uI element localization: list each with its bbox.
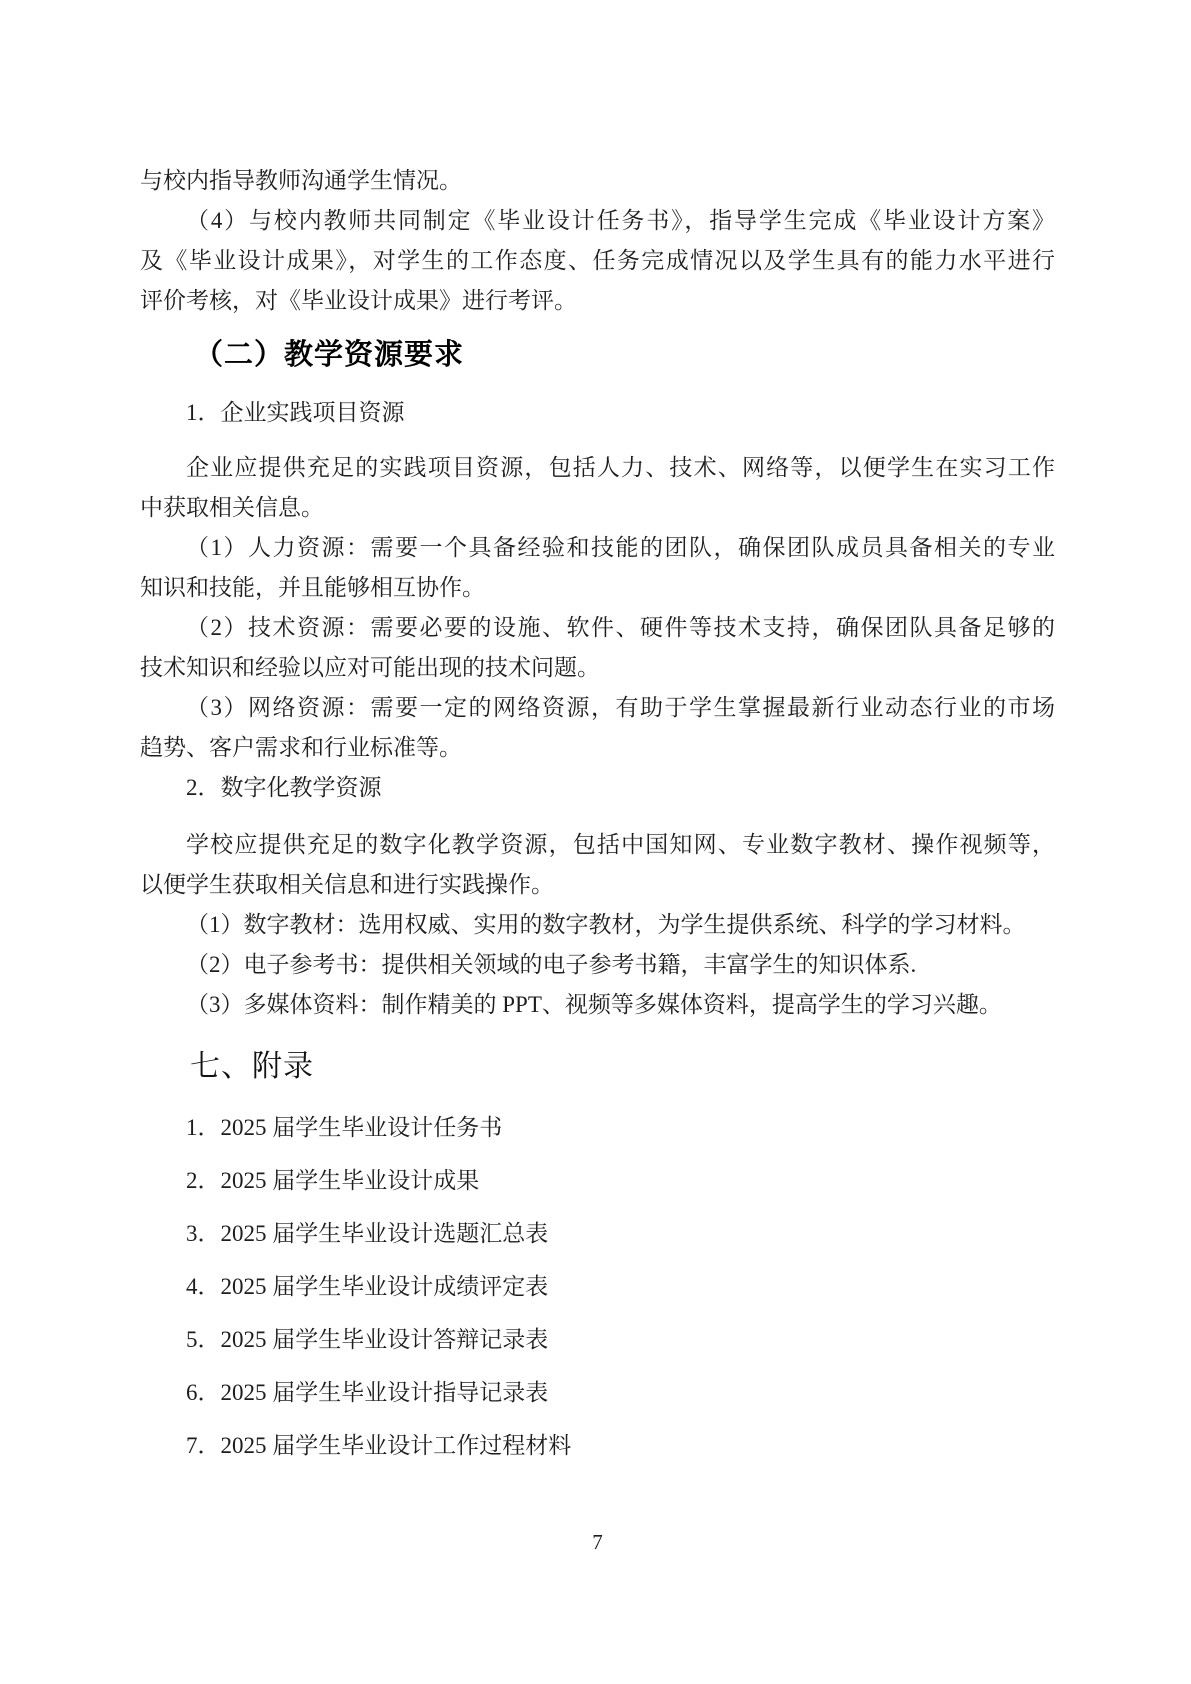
document-page: 与校内指导教师沟通学生情况。 （4）与校内教师共同制定《毕业设计任务书》，指导学… bbox=[0, 0, 1191, 1684]
text-line: 知识和技能，并且能够相互协作。 bbox=[140, 568, 1055, 608]
paragraph-e-references: （2）电子参考书：提供相关领域的电子参考书籍，丰富学生的知识体系. bbox=[140, 945, 1055, 985]
appendix-item: 6．2025 届学生毕业设计指导记录表 bbox=[140, 1373, 1055, 1413]
page-number: 7 bbox=[140, 1522, 1055, 1562]
appendix-item: 5．2025 届学生毕业设计答辩记录表 bbox=[140, 1320, 1055, 1360]
subsection-title-enterprise-resources: 1．企业实践项目资源 bbox=[140, 393, 1055, 433]
paragraph-human-resources: （1）人力资源：需要一个具备经验和技能的团队，确保团队成员具备相关的专业 知识和… bbox=[140, 528, 1055, 608]
appendix-item: 2．2025 届学生毕业设计成果 bbox=[140, 1161, 1055, 1201]
text-line: 及《毕业设计成果》，对学生的工作态度、任务完成情况以及学生具有的能力水平进行 bbox=[140, 241, 1055, 281]
text-line: 趋势、客户需求和行业标准等。 bbox=[140, 728, 1055, 768]
subsection-title-digital-resources: 2．数字化教学资源 bbox=[140, 768, 1055, 808]
section-heading-appendix: 七、附录 bbox=[140, 1045, 1055, 1089]
paragraph-multimedia-materials: （3）多媒体资料：制作精美的 PPT、视频等多媒体资料，提高学生的学习兴趣。 bbox=[140, 985, 1055, 1025]
text-line: 与校内指导教师沟通学生情况。 bbox=[140, 161, 1055, 201]
text-line: （1）人力资源：需要一个具备经验和技能的团队，确保团队成员具备相关的专业 bbox=[140, 528, 1055, 568]
text-line: （2）电子参考书：提供相关领域的电子参考书籍，丰富学生的知识体系. bbox=[140, 945, 1055, 985]
paragraph-enterprise-intro: 企业应提供充足的实践项目资源，包括人力、技术、网络等，以便学生在实习工作 中获取… bbox=[140, 448, 1055, 528]
text-line: （4）与校内教师共同制定《毕业设计任务书》，指导学生完成《毕业设计方案》 bbox=[140, 201, 1055, 241]
text-line: 评价考核，对《毕业设计成果》进行考评。 bbox=[140, 281, 1055, 321]
text-line: 以便学生获取相关信息和进行实践操作。 bbox=[140, 865, 1055, 905]
paragraph-4: （4）与校内教师共同制定《毕业设计任务书》，指导学生完成《毕业设计方案》 及《毕… bbox=[140, 201, 1055, 321]
appendix-item: 7．2025 届学生毕业设计工作过程材料 bbox=[140, 1426, 1055, 1466]
paragraph-technical-resources: （2）技术资源：需要必要的设施、软件、硬件等技术支持，确保团队具备足够的 技术知… bbox=[140, 608, 1055, 688]
paragraph-digital-textbooks: （1）数字教材：选用权威、实用的数字教材，为学生提供系统、科学的学习材料。 bbox=[140, 905, 1055, 945]
text-line: 企业应提供充足的实践项目资源，包括人力、技术、网络等，以便学生在实习工作 bbox=[140, 448, 1055, 488]
appendix-item: 3．2025 届学生毕业设计选题汇总表 bbox=[140, 1214, 1055, 1254]
text-line: （3）多媒体资料：制作精美的 PPT、视频等多媒体资料，提高学生的学习兴趣。 bbox=[140, 985, 1055, 1025]
paragraph-digital-intro: 学校应提供充足的数字化教学资源，包括中国知网、专业数字教材、操作视频等， 以便学… bbox=[140, 825, 1055, 905]
text-line: （3）网络资源：需要一定的网络资源，有助于学生掌握最新行业动态行业的市场 bbox=[140, 688, 1055, 728]
text-line: 技术知识和经验以应对可能出现的技术问题。 bbox=[140, 648, 1055, 688]
section-heading-teaching-resources: （二）教学资源要求 bbox=[140, 335, 1055, 375]
text-line: 中获取相关信息。 bbox=[140, 488, 1055, 528]
paragraph-network-resources: （3）网络资源：需要一定的网络资源，有助于学生掌握最新行业动态行业的市场 趋势、… bbox=[140, 688, 1055, 768]
appendix-item: 1．2025 届学生毕业设计任务书 bbox=[140, 1108, 1055, 1148]
text-line: 学校应提供充足的数字化教学资源，包括中国知网、专业数字教材、操作视频等， bbox=[140, 825, 1055, 865]
appendix-item: 4．2025 届学生毕业设计成绩评定表 bbox=[140, 1267, 1055, 1307]
appendix-list: 1．2025 届学生毕业设计任务书 2．2025 届学生毕业设计成果 3．202… bbox=[140, 1108, 1055, 1466]
text-line: （2）技术资源：需要必要的设施、软件、硬件等技术支持，确保团队具备足够的 bbox=[140, 608, 1055, 648]
text-line: （1）数字教材：选用权威、实用的数字教材，为学生提供系统、科学的学习材料。 bbox=[140, 905, 1055, 945]
